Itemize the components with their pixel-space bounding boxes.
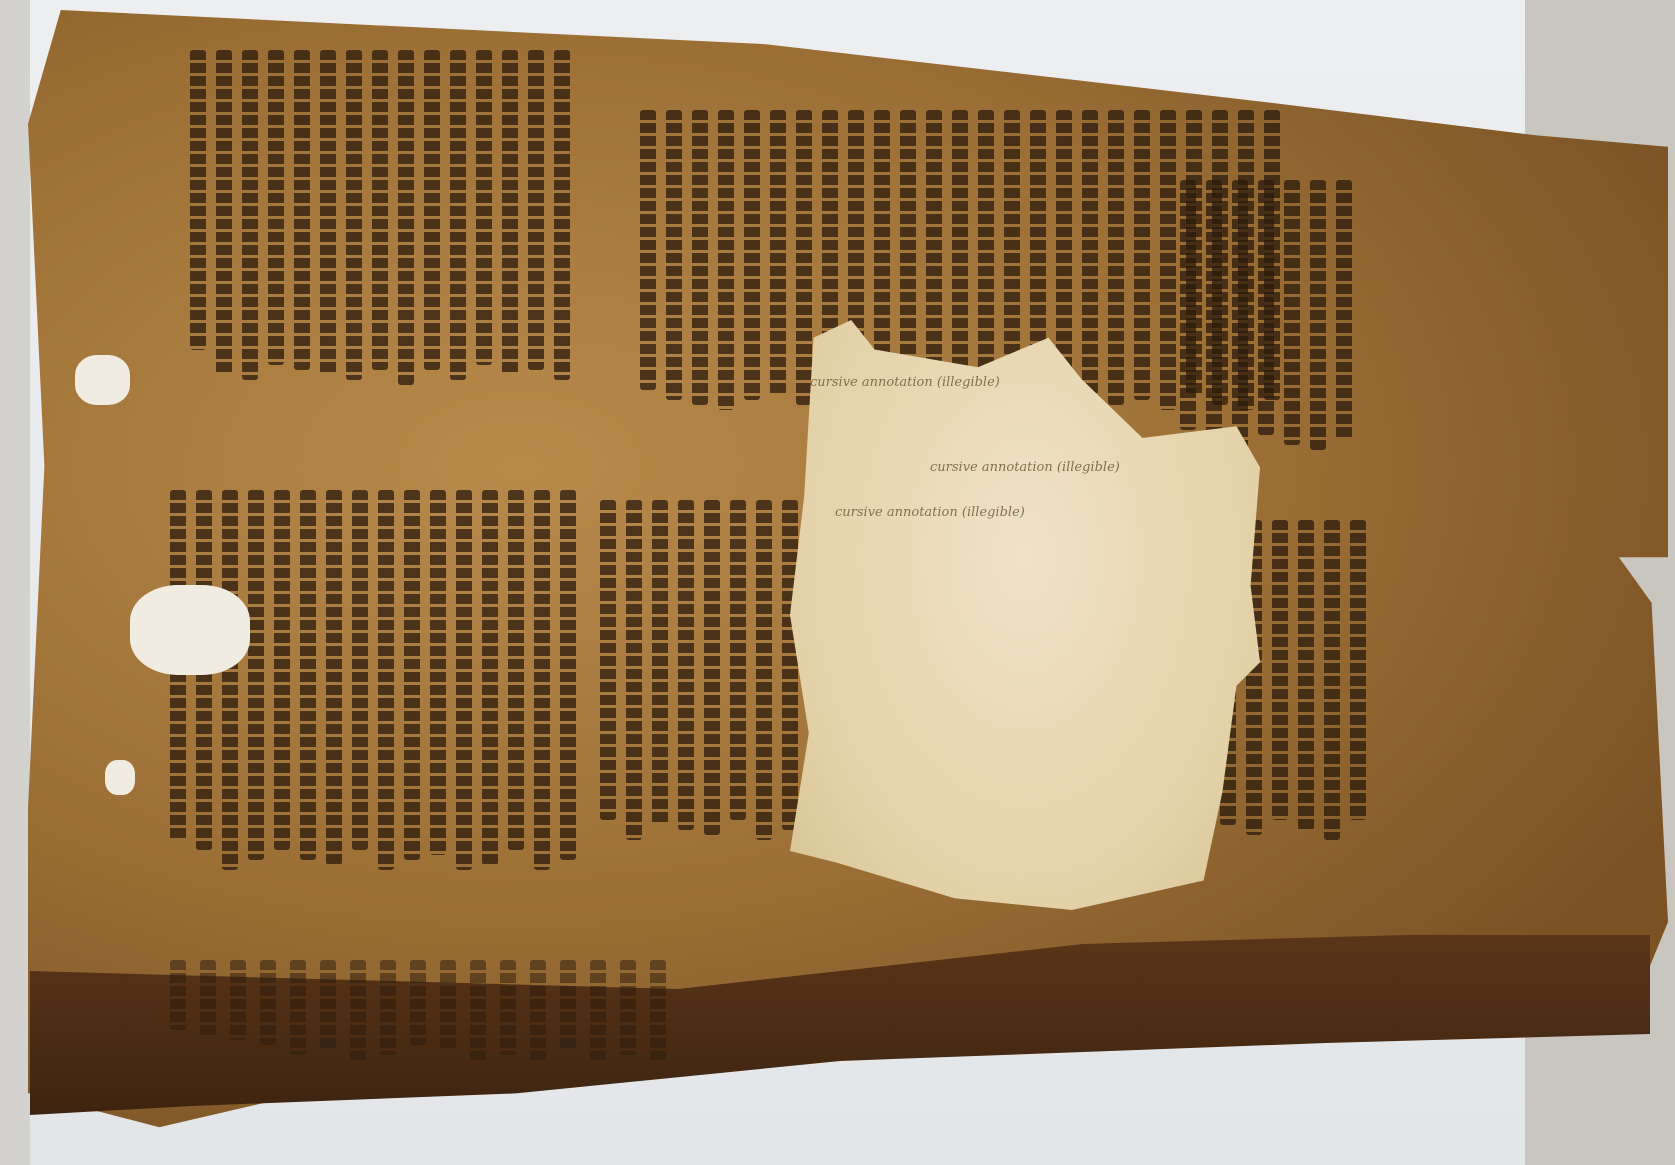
parchment-hole [130,585,250,675]
text-column-upper-left [190,50,570,380]
background-left [0,0,30,1165]
patch-note-1: cursive annotation (illegible) [810,375,1000,390]
parchment-hole [105,760,135,795]
parchment-hole [75,355,130,405]
text-column-lower-left [170,490,576,870]
text-column-lower-middle [600,500,798,840]
text-column-upper-right [1180,180,1352,450]
text-rolled-edge [170,960,666,1070]
patch-note-2: cursive annotation (illegible) [930,460,1120,475]
patch-note-3: cursive annotation (illegible) [835,505,1025,520]
